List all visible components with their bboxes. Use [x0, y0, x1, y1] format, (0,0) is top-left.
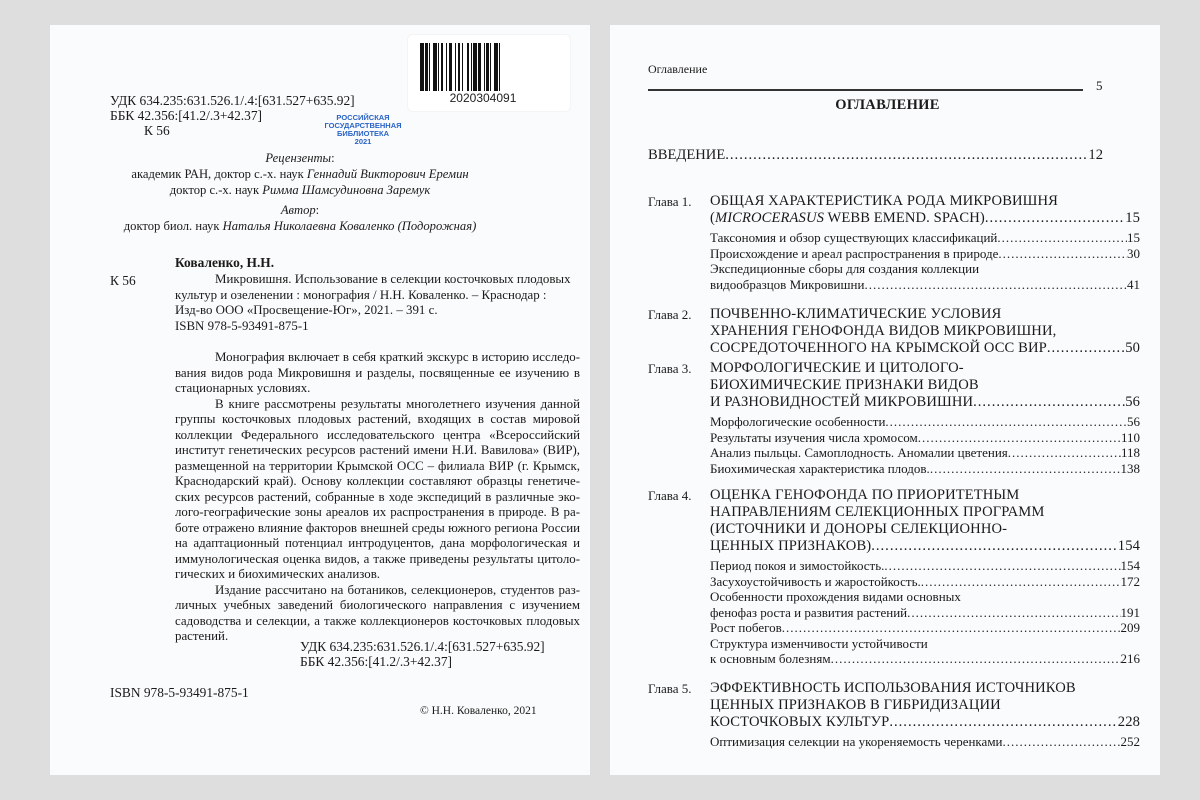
stamp-line: 2021 — [318, 138, 408, 146]
abstract-paragraph: Монография включает в себя краткий экску… — [175, 350, 580, 397]
chapter-title: ОБЩАЯ ХАРАКТЕРИСТИКА РОДА МИКРОВИШНЯ(MIC… — [710, 193, 1140, 227]
catalog-isbn: ISBN 978-5-93491-875-1 — [175, 319, 580, 335]
author-credit: доктор биол. наук Наталья Николаевна Ков… — [50, 218, 550, 234]
toc-intro[interactable]: ВВЕДЕНИЕ 12 — [648, 147, 1103, 164]
abstract-paragraph: Издание рассчитано на ботаников, селекци… — [175, 583, 580, 645]
reviewer-1: академик РАН, доктор с.-х. наук Геннадий… — [50, 166, 550, 182]
chapter-label: Глава 5. — [648, 681, 692, 697]
toc-section[interactable]: Результаты изучения числа хромосом110 — [710, 430, 1140, 446]
toc-section[interactable]: Особенности прохождения видами основныхф… — [710, 589, 1140, 620]
header-rule — [648, 89, 1083, 91]
toc-section[interactable]: Рост побегов209 — [710, 620, 1140, 636]
catalog-description: Микровишня. Использование в селекции кос… — [175, 272, 580, 334]
udk-code: УДК 634.235:631.526.1/.4:[631.527+635.92… — [110, 93, 355, 108]
chapter-label: Глава 3. — [648, 361, 692, 377]
abstract: Монография включает в себя краткий экску… — [175, 350, 580, 645]
toc-section[interactable]: Засухоустойчивость и жаростойкость.172 — [710, 574, 1140, 590]
page-number: 5 — [1096, 78, 1103, 94]
chapter-title: ЭФФЕКТИВНОСТЬ ИСПОЛЬЗОВАНИЯ ИСТОЧНИКОВЦЕ… — [710, 680, 1140, 731]
chapter-title: МОРФОЛОГИЧЕСКИЕ И ЦИТОЛОГО-БИОХИМИЧЕСКИЕ… — [710, 360, 1140, 411]
toc-section[interactable]: Экспедиционные сборы для создания коллек… — [710, 261, 1140, 292]
chapter-label: Глава 1. — [648, 194, 692, 210]
catalog-mark: К 56 — [110, 273, 136, 288]
chapter-label: Глава 4. — [648, 488, 692, 504]
toc-section[interactable]: Оптимизация селекции на укореняемость че… — [710, 734, 1140, 750]
reviewers-label: Рецензенты — [265, 151, 331, 165]
author-label: Автор — [281, 203, 316, 217]
chapter-label: Глава 2. — [648, 307, 692, 323]
running-head: Оглавление — [648, 62, 707, 77]
catalog-heading: Коваленко, Н.Н. — [175, 255, 274, 271]
chapter-title: ПОЧВЕННО-КЛИМАТИЧЕСКИЕ УСЛОВИЯХРАНЕНИЯ Г… — [710, 306, 1140, 357]
toc-section[interactable]: Происхождение и ареал распространения в … — [710, 246, 1140, 262]
library-barcode-label: 2020304091 — [408, 35, 570, 111]
barcode-number: 2020304091 — [408, 91, 558, 105]
toc-section[interactable]: Таксономия и обзор существующих классифи… — [710, 230, 1140, 246]
bbk-bottom: ББК 42.356:[41.2/.3+42.37] — [300, 654, 452, 669]
left-page-imprint: УДК 634.235:631.526.1/.4:[631.527+635.92… — [50, 25, 590, 775]
copyright: © Н.Н. Коваленко, 2021 — [420, 705, 537, 717]
toc-section[interactable]: Структура изменчивости устойчивостик осн… — [710, 636, 1140, 667]
author-mark: К 56 — [144, 123, 170, 138]
right-page-contents: Оглавление 5 ОГЛАВЛЕНИЕ ВВЕДЕНИЕ 12 Глав… — [610, 25, 1160, 775]
toc-section[interactable]: Биохимическая характеристика плодов.138 — [710, 461, 1140, 477]
reviewer-2: доктор с.-х. наук Римма Шамсудиновна Зар… — [50, 182, 550, 198]
toc-section[interactable]: Период покоя и зимостойкость.154 — [710, 558, 1140, 574]
toc-title: ОГЛАВЛЕНИЕ — [610, 97, 1165, 114]
abstract-paragraph: В книге рассмотрены результаты многолетн… — [175, 397, 580, 583]
isbn: ISBN 978-5-93491-875-1 — [110, 685, 249, 700]
chapter-title: ОЦЕНКА ГЕНОФОНДА ПО ПРИОРИТЕТНЫМНАПРАВЛЕ… — [710, 487, 1140, 555]
library-stamp: РОССИЙСКАЯГОСУДАРСТВЕННАЯБИБЛИОТЕКА2021 — [318, 114, 408, 146]
bbk-code: ББК 42.356:[41.2/.3+42.37] — [110, 108, 262, 123]
barcode-icon — [420, 43, 568, 91]
udk-bottom: УДК 634.235:631.526.1/.4:[631.527+635.92… — [300, 639, 545, 654]
toc-section[interactable]: Анализ пыльцы. Самоплодность. Аномалии ц… — [710, 445, 1140, 461]
reviewers-block: Рецензенты: академик РАН, доктор с.-х. н… — [50, 150, 550, 234]
toc-section[interactable]: Морфологические особенности56 — [710, 414, 1140, 430]
